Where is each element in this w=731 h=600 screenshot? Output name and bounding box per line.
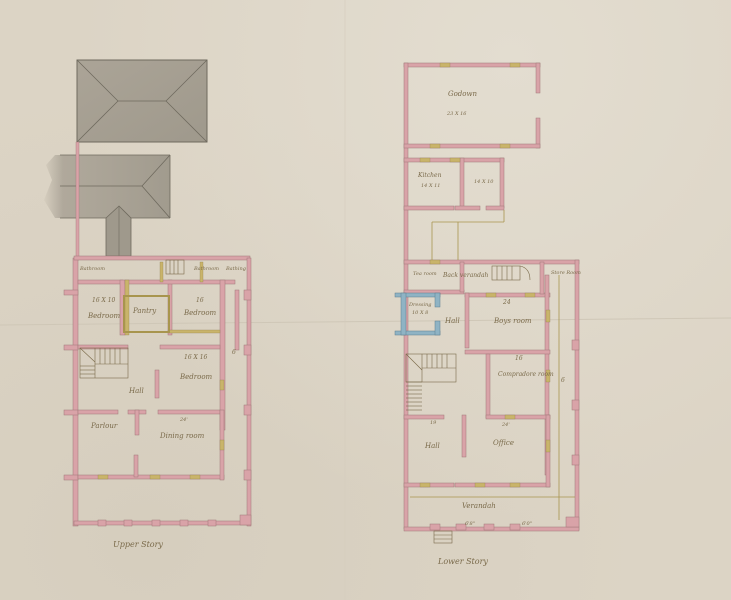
- label-bedroom-right-dim: 16: [196, 298, 204, 304]
- label-verandah: Verandah: [462, 503, 496, 510]
- label-bedroom-center: Bedroom: [180, 374, 212, 381]
- roof-secondary: [44, 155, 170, 256]
- label-kitchen: Kitchen: [418, 173, 441, 179]
- caption-lower-story: Lower Story: [438, 558, 488, 566]
- label-compradore-dim: 16: [515, 356, 523, 362]
- label-office-dim: 24': [502, 423, 510, 428]
- label-boys-room-dim: 24: [503, 300, 511, 306]
- label-front-dim-1: 6'8": [465, 522, 475, 527]
- label-front-dim-2: 6'0": [522, 522, 532, 527]
- label-bedroom-left-dim: 16 X 10: [92, 298, 115, 304]
- label-back-verandah: Back verandah: [443, 273, 488, 279]
- label-hall-lower: Hall: [425, 443, 440, 450]
- label-bathing-right: Bathing: [226, 267, 246, 272]
- label-godown: Godown: [448, 91, 477, 98]
- label-godown-dim: 23 X 16: [447, 112, 466, 117]
- label-hall-lower-upper: Hall: [445, 318, 460, 325]
- upper-story-plan: [44, 60, 251, 526]
- label-office: Office: [493, 440, 514, 447]
- label-bedroom-center-dim: 16 X 16: [184, 355, 207, 361]
- caption-upper-story: Upper Story: [113, 541, 163, 549]
- upper-staircase: [80, 348, 128, 378]
- label-lower-side-dim: 6: [561, 378, 565, 384]
- label-hall-lower-dim: 19: [430, 421, 436, 426]
- label-dining-dim: 24': [180, 418, 188, 423]
- label-dining-room: Dining room: [160, 433, 204, 440]
- label-tea-room: Tea room: [413, 272, 437, 277]
- label-store-dim: 14 X 10: [474, 180, 493, 185]
- label-dressing-room: Dressing: [409, 303, 432, 308]
- floor-plan-sheet: Bathroom Bathroom Bathing 16 X 10 Bedroo…: [0, 0, 731, 600]
- label-bedroom-right: Bedroom: [184, 310, 216, 317]
- label-dressing-room-dim: 10 X 8: [412, 311, 428, 316]
- roof-main: [77, 60, 207, 142]
- label-compradore-room: Compradore room: [498, 372, 554, 378]
- label-bathroom-left: Bathroom: [80, 267, 105, 272]
- label-parlour: Parlour: [91, 423, 117, 430]
- label-bathroom-mid: Bathroom: [194, 267, 219, 272]
- label-upper-side-dim: 6: [232, 350, 236, 356]
- label-store-room: Store Room: [551, 271, 581, 276]
- label-hall-upper: Hall: [129, 388, 144, 395]
- label-pantry: Pantry: [133, 308, 156, 315]
- label-boys-room: Boys room: [494, 318, 532, 325]
- label-kitchen-dim: 14 X 11: [421, 184, 440, 189]
- label-bedroom-left: Bedroom: [88, 313, 120, 320]
